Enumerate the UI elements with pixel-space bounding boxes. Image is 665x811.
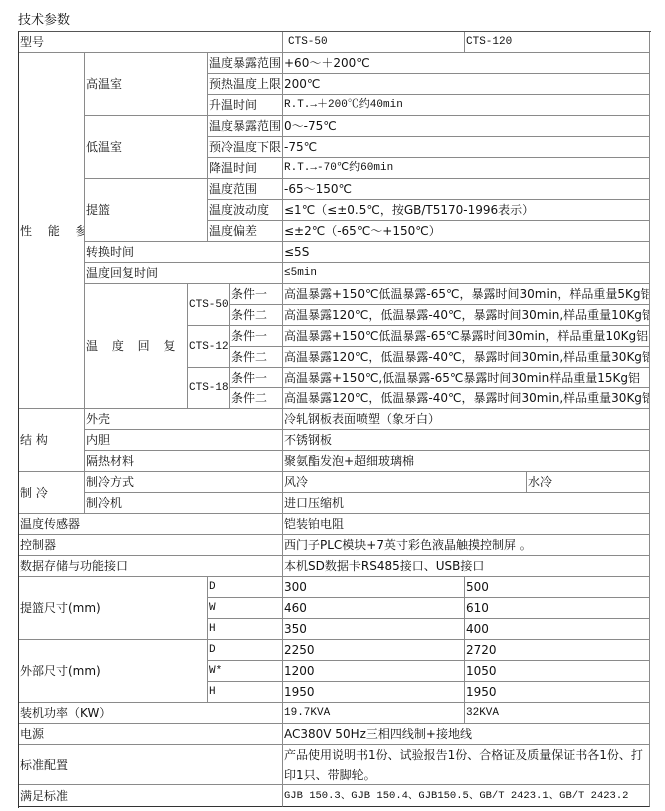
recovery-model: CTS-120 — [188, 326, 230, 368]
outer-size-dim: W* — [208, 661, 283, 682]
power-label: 装机功率（KW） — [19, 703, 283, 724]
recovery-condition-value: 高温暴露+150℃低温暴露-65℃暴露时间30min，样品重量10Kg铝 — [283, 326, 650, 347]
basket-row-value: ≤±2℃（-65℃～+150℃） — [283, 221, 650, 242]
controller-label: 控制器 — [19, 535, 283, 556]
standard-config-label: 标准配置 — [19, 745, 283, 785]
structure-row-value: 聚氨酯发泡+超细玻璃棉 — [283, 451, 650, 472]
supply-label: 电源 — [19, 724, 283, 745]
model-cts120: CTS-120 — [465, 32, 650, 53]
recovery-time-value: ≤5min — [283, 263, 650, 284]
basket-size-dim: H — [208, 619, 283, 640]
basket-row-name: 温度范围 — [208, 179, 283, 200]
high-temp-row-name: 升温时间 — [208, 95, 283, 116]
compressor-value: 进口压缩机 — [283, 493, 650, 514]
outer-size-b: 1050 — [465, 661, 650, 682]
low-temp-row-name: 预冷温度下限 — [208, 137, 283, 158]
high-temp-label: 高温室 — [85, 53, 208, 116]
power-a: 19.7KVA — [283, 703, 465, 724]
low-temp-row-name: 温度暴露范围 — [208, 116, 283, 137]
page-title: 技术参数 — [18, 9, 70, 28]
performance-label: 性 能 参 数 — [19, 53, 85, 409]
outer-size-b: 1950 — [465, 682, 650, 703]
recovery-condition-value: 高温暴露+150℃低温暴露-65℃，暴露时间30min，样品重量5Kg铝 — [283, 284, 650, 305]
recovery-condition-name: 条件二 — [230, 305, 283, 326]
data-storage-label: 数据存储与功能接口 — [19, 556, 283, 577]
outer-size-label: 外部尺寸(mm) — [19, 640, 208, 703]
recovery-condition-name: 条件一 — [230, 368, 283, 388]
structure-row-name: 外壳 — [85, 409, 283, 430]
refrigeration-method-water: 水冷 — [527, 472, 650, 493]
recovery-model: CTS-180 — [188, 368, 230, 409]
model-label: 型号 — [19, 32, 283, 53]
supply-value: AC380V 50Hz三相四线制+接地线 — [283, 724, 650, 745]
switch-time-label: 转换时间 — [85, 242, 283, 263]
standard-config-value: 产品使用说明书1份、试验报告1份、合格证及质量保证书各1份、打印1只、带脚轮。 — [283, 745, 650, 785]
basket-size-b: 500 — [465, 577, 650, 598]
compressor-label: 制冷机 — [85, 493, 283, 514]
recovery-condition-value: 高温暴露120℃，低温暴露-40℃，暴露时间30min,样品重量10Kg铝 — [283, 305, 650, 326]
recovery-condition-name: 条件一 — [230, 284, 283, 305]
outer-size-a: 1950 — [283, 682, 465, 703]
model-cts50: CTS-50 — [283, 32, 465, 53]
sensor-label: 温度传感器 — [19, 514, 283, 535]
high-temp-row-name: 温度暴露范围 — [208, 53, 283, 74]
outer-size-dim: H — [208, 682, 283, 703]
basket-label: 提篮 — [85, 179, 208, 242]
recovery-condition-name: 条件一 — [230, 326, 283, 347]
structure-row-value: 冷轧钢板表面喷塑（象牙白） — [283, 409, 650, 430]
recovery-time-label: 温度回复时间 — [85, 263, 283, 284]
structure-row-value: 不锈钢板 — [283, 430, 650, 451]
standards-label: 满足标准 — [19, 785, 283, 807]
switch-time-value: ≤5S — [283, 242, 650, 263]
basket-size-b: 610 — [465, 598, 650, 619]
structure-row-name: 隔热材料 — [85, 451, 283, 472]
basket-row-value: ≤1℃（≤±0.5℃，按GB/T5170-1996表示） — [283, 200, 650, 221]
low-temp-row-value: R.T.→-70℃约60min — [283, 158, 650, 179]
high-temp-row-value: 200℃ — [283, 74, 650, 95]
basket-row-name: 温度偏差 — [208, 221, 283, 242]
standards-value: GJB 150.3、GJB 150.4、GJB150.5、GB/T 2423.1… — [283, 785, 650, 807]
low-temp-row-value: -75℃ — [283, 137, 650, 158]
high-temp-row-value: +60～＋200℃ — [283, 53, 650, 74]
low-temp-row-value: 0～-75℃ — [283, 116, 650, 137]
refrigeration-method-air: 风冷 — [283, 472, 527, 493]
power-b: 32KVA — [465, 703, 650, 724]
outer-size-a: 1200 — [283, 661, 465, 682]
high-temp-row-value: R.T.→＋200℃约40min — [283, 95, 650, 116]
sensor-value: 铠装铂电阻 — [283, 514, 650, 535]
basket-size-a: 460 — [283, 598, 465, 619]
data-storage-value: 本机SD数据卡RS485接口、USB接口 — [283, 556, 650, 577]
recovery-model: CTS-50 — [188, 284, 230, 326]
low-temp-label: 低温室 — [85, 116, 208, 179]
basket-size-a: 350 — [283, 619, 465, 640]
basket-size-label: 提篮尺寸(mm) — [19, 577, 208, 640]
structure-label: 结 构 — [19, 409, 85, 472]
refrigeration-label: 制 冷 — [19, 472, 85, 514]
high-temp-row-name: 预热温度上限 — [208, 74, 283, 95]
outer-size-a: 2250 — [283, 640, 465, 661]
structure-row-name: 内胆 — [85, 430, 283, 451]
basket-row-value: -65～150℃ — [283, 179, 650, 200]
basket-size-a: 300 — [283, 577, 465, 598]
recovery-condition-value: 高温暴露120℃，低温暴露-40℃，暴露时间30min,样品重量30Kg铝 — [283, 347, 650, 368]
basket-size-b: 400 — [465, 619, 650, 640]
recovery-condition-value: 高温暴露+150℃,低温暴露-65℃暴露时间30min样品重量15Kg铝 — [283, 368, 650, 388]
basket-size-dim: W — [208, 598, 283, 619]
basket-row-name: 温度波动度 — [208, 200, 283, 221]
low-temp-row-name: 降温时间 — [208, 158, 283, 179]
recovery-condition-value: 高温暴露120℃，低温暴露-40℃，暴露时间30min,样品重量30Kg铝 — [283, 388, 650, 409]
refrigeration-method-label: 制冷方式 — [85, 472, 283, 493]
outer-size-dim: D — [208, 640, 283, 661]
basket-size-dim: D — [208, 577, 283, 598]
controller-value: 西门子PLC模块+7英寸彩色液晶触摸控制屏 。 — [283, 535, 650, 556]
recovery-conditions-label: 温 度 回 复 条 件 — [85, 284, 188, 409]
recovery-condition-name: 条件二 — [230, 347, 283, 368]
outer-size-b: 2720 — [465, 640, 650, 661]
recovery-condition-name: 条件二 — [230, 388, 283, 409]
